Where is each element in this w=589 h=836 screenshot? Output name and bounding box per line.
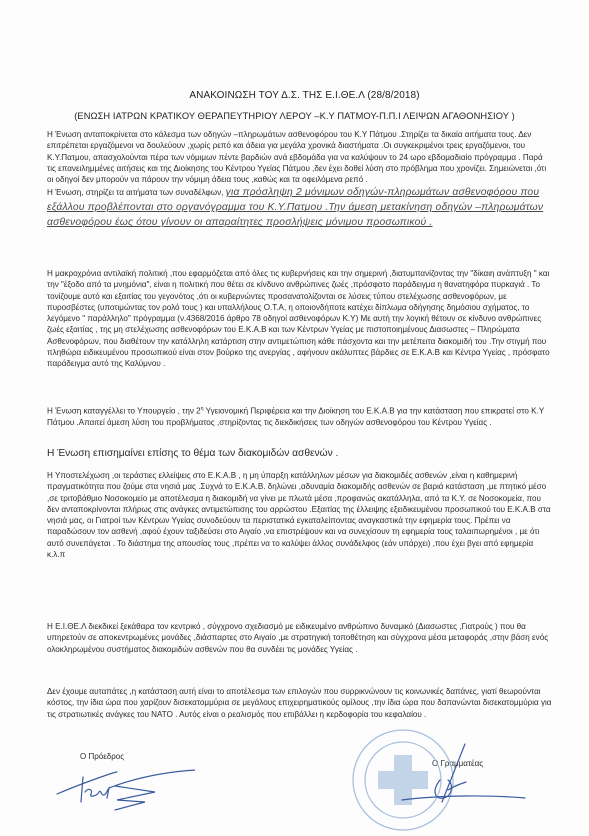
paragraph-demands: Η Ένωση, στηρίζει τα αιτήματα των συναδέ… <box>47 185 552 230</box>
section-heading: Η Ένωση επισημαίνει επίσης το θέμα των δ… <box>47 448 552 459</box>
document-subtitle: (ΕΝΩΣΗ ΙΑΤΡΩΝ ΚΡΑΤΙΚΟΥ ΘΕΡΑΠΕΥΤΗΡΙΟΥ ΛΕΡ… <box>0 111 589 121</box>
paragraph-text: Η μακροχρόνια αντιλαϊκή πολιτική ,που εφ… <box>47 268 552 370</box>
paragraph-eithel-demands: Η Ε.Ι.ΘΕ.Λ διεκδικεί ξεκάθαρα τον κεντρι… <box>47 621 552 655</box>
paragraph-conclusion: Δεν έχουμε αυταπάτες ,η κατάσταση αυτή ε… <box>47 686 552 720</box>
document-page: ΑΝΑΚΟΙΝΩΣΗ ΤΟΥ Δ.Σ. ΤΗΣ Ε.Ι.ΘΕ.Λ (28/8/2… <box>0 0 589 836</box>
president-signature-icon <box>55 760 195 815</box>
secretary-signature-icon <box>400 740 530 815</box>
paragraph-text: Η Ένωση, στηρίζει τα αιτήματα των συναδέ… <box>47 188 226 197</box>
paragraph-text: Η Ε.Ι.ΘΕ.Λ διεκδικεί ξεκάθαρα τον κεντρι… <box>47 621 552 655</box>
paragraph-text: Η Ένωση καταγγέλλει το Υπουργείο , την 2… <box>47 404 552 428</box>
paragraph-text: Δεν έχουμε αυταπάτες ,η κατάσταση αυτή ε… <box>47 686 552 720</box>
paragraph-text: Η Ένωση ανταποκρίνεται στο κάλεσμα των ο… <box>47 129 552 185</box>
paragraph-transfers: Η Υποστελέχωση ,οι τεράστιες ελλείψεις σ… <box>47 470 552 560</box>
paragraph-policy: Η μακροχρόνια αντιλαϊκή πολιτική ,που εφ… <box>47 268 552 370</box>
text-part: Η Ένωση καταγγέλλει το Υπουργείο , την 2 <box>47 407 201 416</box>
paragraph-text: Η Υποστελέχωση ,οι τεράστιες ελλείψεις σ… <box>47 470 552 560</box>
document-title: ΑΝΑΚΟΙΝΩΣΗ ΤΟΥ Δ.Σ. ΤΗΣ Ε.Ι.ΘΕ.Λ (28/8/2… <box>10 90 589 101</box>
paragraph-support-drivers: Η Ένωση ανταποκρίνεται στο κάλεσμα των ο… <box>47 129 552 230</box>
paragraph-denounce: Η Ένωση καταγγέλλει το Υπουργείο , την 2… <box>47 404 552 428</box>
